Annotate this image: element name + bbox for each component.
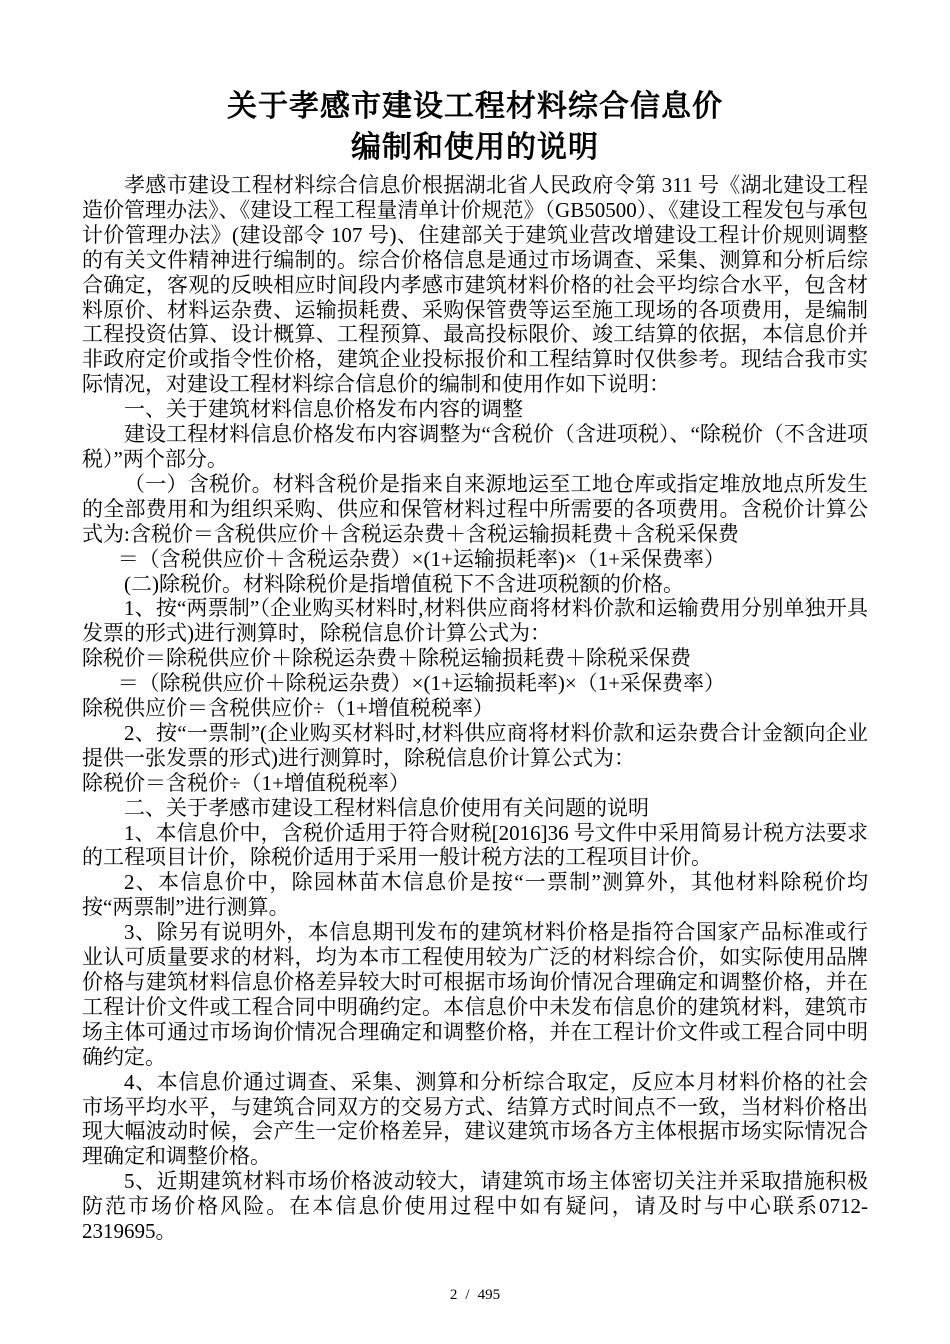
page-number-footer: 2/495 xyxy=(0,1287,950,1304)
paragraph: 1、本信息价中，含税价适用于符合财税[2016]36 号文件中采用简易计税方法要… xyxy=(82,821,868,871)
formula-line: 除税价＝含税价÷（1+增值税税率） xyxy=(82,771,868,796)
document-title: 关于孝感市建设工程材料综合信息价 编制和使用的说明 xyxy=(82,86,868,168)
paragraph: (二)除税价。材料除税价是指增值税下不含进项税额的价格。 xyxy=(82,572,868,597)
section-heading-1: 一、关于建筑材料信息价格发布内容的调整 xyxy=(82,397,868,422)
formula-line: 除税价＝除税供应价＋除税运杂费＋除税运输损耗费＋除税采保费 xyxy=(82,646,868,671)
paragraph: 建设工程材料信息价格发布内容调整为“含税价（含进项税）、“除税价（不含进项税）”… xyxy=(82,422,868,472)
paragraph: 5、近期建筑材料市场价格波动较大，请建筑市场主体密切关注并采取措施积极防范市场价… xyxy=(82,1169,868,1244)
paragraph: （一）含税价。材料含税价是指来自来源地运至工地仓库或指定堆放地点所发生的全部费用… xyxy=(82,472,868,547)
formula-line: 除税供应价＝含税供应价÷（1+增值税税率） xyxy=(82,696,868,721)
formula-line: ＝（除税供应价＋除税运杂费）×(1+运输损耗率)×（1+采保费率） xyxy=(82,671,868,696)
document-title-line1: 关于孝感市建设工程材料综合信息价 xyxy=(82,86,868,127)
total-page-count: 495 xyxy=(474,1287,505,1303)
section-heading-2: 二、关于孝感市建设工程材料信息价使用有关问题的说明 xyxy=(82,796,868,821)
paragraph: 4、本信息价通过调查、采集、测算和分析综合取定，反应本月材料价格的社会市场平均水… xyxy=(82,1070,868,1170)
document-content: 关于孝感市建设工程材料综合信息价 编制和使用的说明 孝感市建设工程材料综合信息价… xyxy=(82,0,868,1244)
paragraph: 1、按“两票制”（企业购买材料时,材料供应商将材料价款和运输费用分别单独开具发票… xyxy=(82,596,868,646)
document-page: 关于孝感市建设工程材料综合信息价 编制和使用的说明 孝感市建设工程材料综合信息价… xyxy=(0,0,950,1344)
paragraph: 2、按“一票制”(企业购买材料时,材料供应商将材料价款和运杂费合计金额向企业提供… xyxy=(82,721,868,771)
paragraph: 3、除另有说明外，本信息期刊发布的建筑材料价格是指符合国家产品标准或行业认可质量… xyxy=(82,920,868,1069)
document-body: 孝感市建设工程材料综合信息价根据湖北省人民政府令第 311 号《湖北建设工程造价… xyxy=(82,173,868,1244)
page-separator: / xyxy=(461,1287,473,1303)
paragraph: 2、本信息价中，除园林苗木信息价是按“一票制”测算外，其他材料除税价均按“两票制… xyxy=(82,870,868,920)
paragraph-intro: 孝感市建设工程材料综合信息价根据湖北省人民政府令第 311 号《湖北建设工程造价… xyxy=(82,173,868,397)
document-title-line2: 编制和使用的说明 xyxy=(82,127,868,168)
current-page-number: 2 xyxy=(446,1287,462,1303)
formula-line: ＝（含税供应价＋含税运杂费）×(1+运输损耗率)×（1+采保费率） xyxy=(82,547,868,572)
